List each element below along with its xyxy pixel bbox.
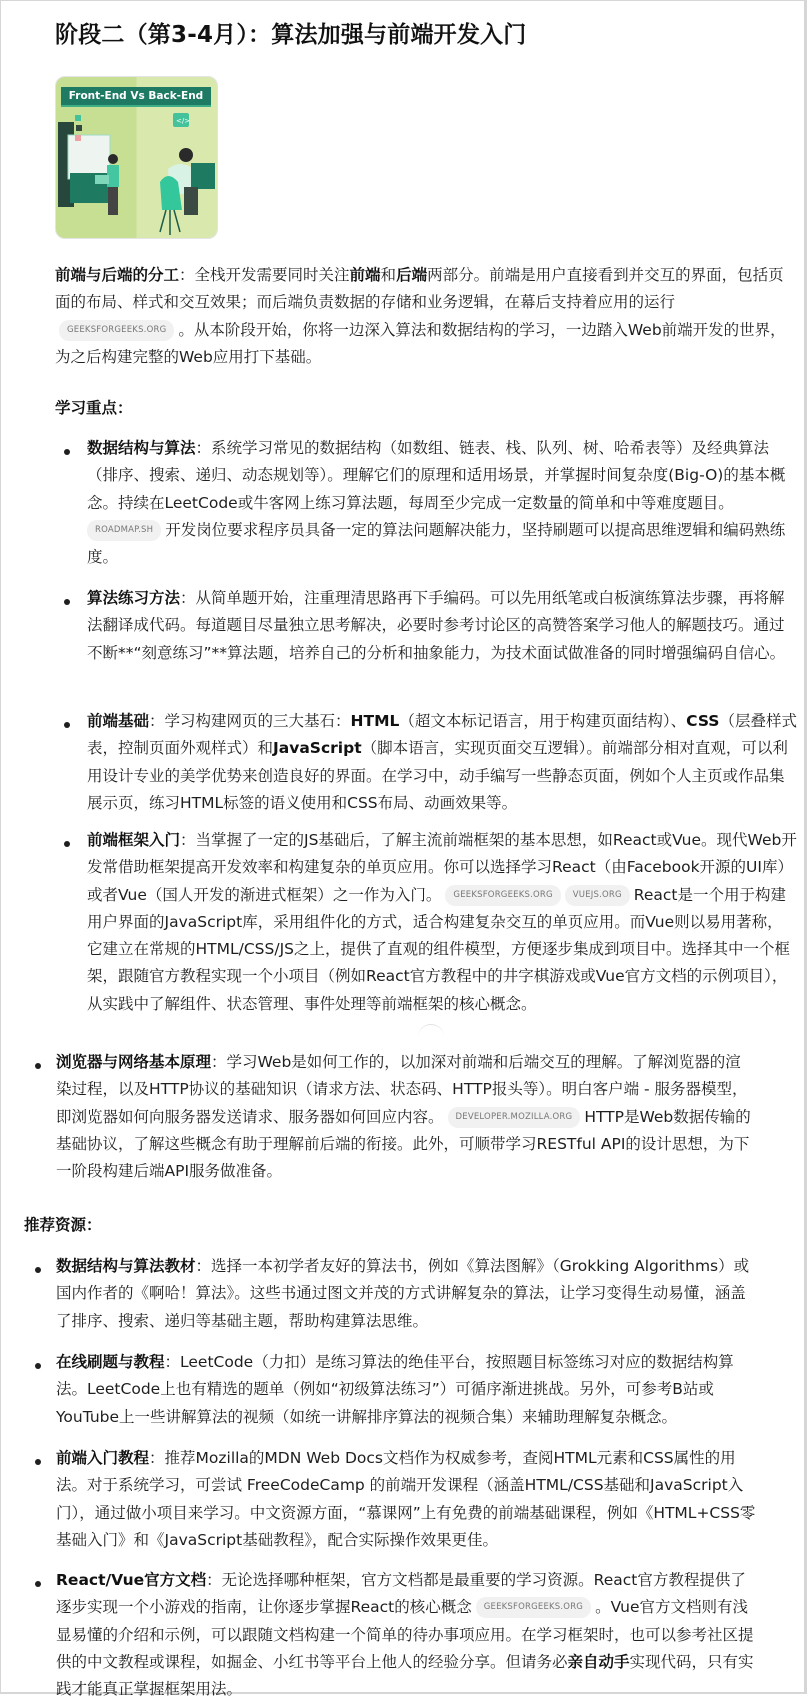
bullet-icon	[64, 722, 70, 728]
resources-heading: 推荐资源：	[24, 1213, 102, 1235]
bullet-icon	[35, 1363, 41, 1369]
item-lead: 前端基础	[87, 712, 149, 730]
resource-item-frontend-tutorials: 前端入门教程：推荐Mozilla的MDN Web Docs文档作为权威参考，查阅…	[56, 1445, 756, 1554]
focus-item-frontend-basics: 前端基础：学习构建网页的三大基石：HTML（超文本标记语言，用于构建页面结构）、…	[87, 708, 797, 817]
hero-illustration: </>	[56, 77, 217, 238]
item-lead: 前端入门教程	[56, 1449, 149, 1467]
resource-item-textbooks: 数据结构与算法教材：选择一本初学者友好的算法书，例如《算法图解》（Grokkin…	[56, 1253, 756, 1335]
scroll-down-button[interactable]	[418, 1024, 444, 1050]
browser-network-item: 浏览器与网络基本原理：学习Web是如何工作的，以加深对前端和后端交互的理解。了解…	[56, 1049, 756, 1185]
intro-bold-backend: 后端	[396, 266, 427, 284]
hero-image[interactable]: Front-End Vs Back-End </>	[55, 76, 218, 239]
intro-bold-frontend: 前端	[350, 266, 381, 284]
focus-item-frameworks: 前端框架入门：当掌握了一定的JS基础后，了解主流前端框架的基本思想，如React…	[87, 827, 797, 1018]
resource-item-official-docs: React/Vue官方文档：无论选择哪种框架，官方文档都是最重要的学习资源。Re…	[56, 1567, 756, 1696]
item-text: ：从简单题开始，注重理清思路再下手编码。可以先用纸笔或白板演练算法步骤，再将解法…	[87, 589, 785, 662]
source-badge-vuejs[interactable]: VUEJS.ORG	[565, 885, 630, 906]
source-badge-roadmap[interactable]: ROADMAP.SH	[87, 520, 161, 541]
source-badge-geeksforgeeks[interactable]: GEEKSFORGEEKS.ORG	[476, 1597, 591, 1618]
item-lead: 数据结构与算法	[87, 439, 196, 457]
intro-paragraph: 前端与后端的分工：全栈开发需要同时关注前端和后端两部分。前端是用户直接看到并交互…	[55, 262, 795, 371]
bold-css: CSS	[686, 712, 719, 730]
bullet-icon	[64, 449, 70, 455]
item-text: ：推荐Mozilla的MDN Web Docs文档作为权威参考，查阅HTML元素…	[56, 1449, 755, 1549]
bullet-icon	[64, 599, 70, 605]
item-lead: 在线刷题与教程	[56, 1353, 165, 1371]
item-lead: 算法练习方法	[87, 589, 180, 607]
svg-text:</>: </>	[176, 117, 190, 125]
focus-heading: 学习重点：	[55, 396, 133, 418]
intro-text: ：全栈开发需要同时关注	[179, 266, 350, 284]
item-text: React是一个用于构建用户界面的JavaScript库，采用组件化的方式，适合…	[87, 886, 790, 1013]
item-text: 开发岗位要求程序员具备一定的算法问题解决能力，坚持刷题可以提高思维逻辑和编码熟练…	[87, 521, 785, 566]
bullet-icon	[35, 1267, 41, 1273]
bold-hands-on: 亲自动手	[568, 1653, 630, 1671]
bullet-icon	[64, 841, 70, 847]
bullet-icon	[35, 1063, 41, 1069]
intro-lead: 前端与后端的分工	[55, 266, 179, 284]
focus-item-practice-method: 算法练习方法：从简单题开始，注重理清思路再下手编码。可以先用纸笔或白板演练算法步…	[87, 585, 797, 667]
bullet-icon	[35, 1459, 41, 1465]
source-badge-mdn[interactable]: DEVELOPER.MOZILLA.ORG	[448, 1107, 581, 1128]
page-title: 阶段二（第3-4月）：算法加强与前端开发入门	[55, 16, 526, 49]
item-lead: React/Vue官方文档	[56, 1571, 206, 1589]
bold-javascript: JavaScript	[273, 739, 362, 757]
source-badge-geeksforgeeks[interactable]: GEEKSFORGEEKS.ORG	[445, 885, 560, 906]
resource-item-online-practice: 在线刷题与教程：LeetCode（力扣）是练习算法的绝佳平台，按照题目标签练习对…	[56, 1349, 756, 1431]
source-badge-geeksforgeeks[interactable]: GEEKSFORGEEKS.ORG	[59, 320, 174, 341]
bullet-icon	[35, 1581, 41, 1587]
item-lead: 数据结构与算法教材	[56, 1257, 196, 1275]
item-lead: 浏览器与网络基本原理	[56, 1053, 211, 1071]
item-text: ：学习构建网页的三大基石：	[149, 712, 351, 730]
focus-item-data-structures: 数据结构与算法：系统学习常见的数据结构（如数组、链表、栈、队列、树、哈希表等）及…	[87, 435, 797, 571]
item-lead: 前端框架入门	[87, 831, 180, 849]
intro-text: 和	[381, 266, 397, 284]
bold-html: HTML	[351, 712, 400, 730]
item-text: （超文本标记语言，用于构建页面结构）、	[399, 712, 686, 730]
